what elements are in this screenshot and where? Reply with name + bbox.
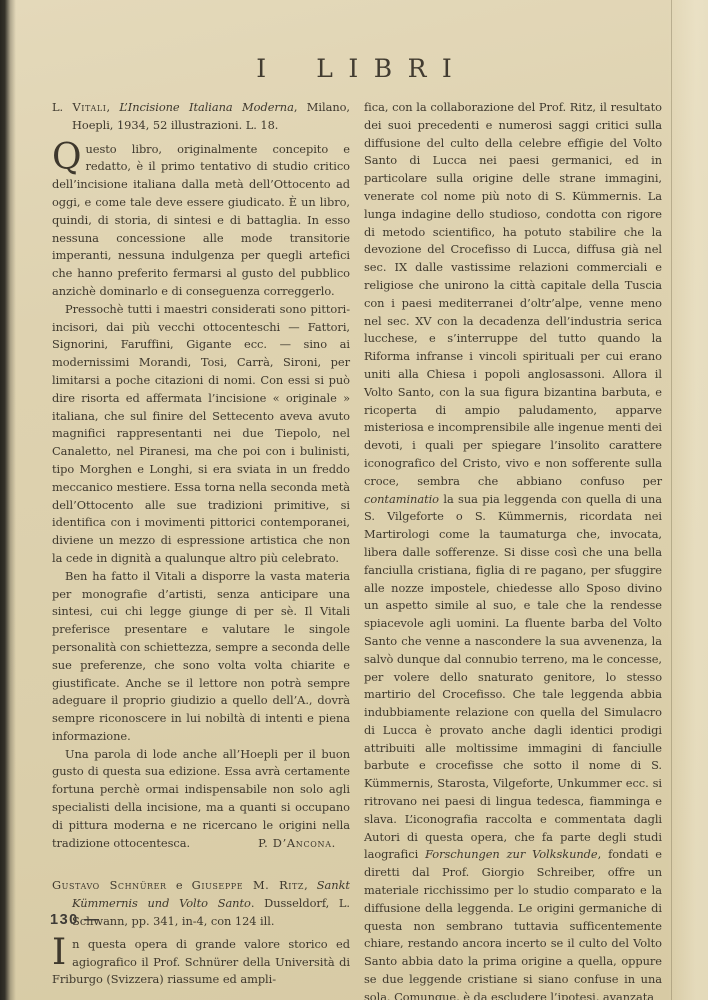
text-segment: e	[167, 878, 192, 892]
reviewer-signature: P. D’Ancona.	[245, 835, 350, 853]
paragraph-text: Ben ha fatto il Vitali a disporre la vas…	[52, 569, 350, 743]
text-segment: L.	[52, 100, 72, 114]
section-title: I LIBRI	[0, 54, 708, 83]
review-paragraph: Pressochè tutti i maestri considerati so…	[52, 301, 350, 568]
paragraph-text: n questa opera di grande valore storico …	[52, 937, 350, 987]
text-segment: Giuseppe M. Ritz	[192, 878, 304, 892]
text-segment: ,	[304, 878, 317, 892]
citation-vitali: L. Vitali, L’Incisione Italiana Moderna,…	[52, 99, 350, 135]
review-paragraph-continuation: fica, con la collaborazione del Prof. Ri…	[364, 99, 662, 1000]
review-paragraph: Ben ha fatto il Vitali a disporre la vas…	[52, 568, 350, 746]
text-segment: Forschungen zur Volkskunde	[425, 847, 598, 861]
text-segment: la sua pia leggenda con quella di una S.…	[364, 492, 662, 862]
dropcap-q: Q	[52, 141, 85, 172]
left-column: L. Vitali, L’Incisione Italiana Moderna,…	[52, 99, 350, 1000]
paragraph-text: Pressochè tutti i maestri considerati so…	[52, 302, 350, 565]
right-column: fica, con la collaborazione del Prof. Ri…	[364, 99, 662, 1000]
page-number: 130 —	[50, 912, 100, 928]
dropcap-i: I	[52, 936, 72, 967]
review-paragraph: Questo libro, originalmente concepito e …	[52, 141, 350, 301]
text-segment: ,	[106, 100, 119, 114]
two-column-text-block: L. Vitali, L’Incisione Italiana Moderna,…	[0, 83, 708, 1000]
text-segment: fica, con la collaborazione del Prof. Ri…	[364, 100, 662, 488]
text-segment: Vitali	[72, 100, 106, 114]
scanned-book-page: I LIBRI L. Vitali, L’Incisione Italiana …	[0, 0, 708, 1000]
text-segment: L’Incisione Italiana Moderna	[119, 100, 293, 114]
review-paragraph: Una parola di lode anche all’Hoepli per …	[52, 746, 350, 853]
paragraph-text: Una parola di lode anche all’Hoepli per …	[52, 747, 350, 850]
text-segment: Gustavo Schnürer	[52, 878, 167, 892]
paragraph-text: uesto libro, originalmente concepito e r…	[52, 142, 350, 298]
text-segment: contaminatio	[364, 492, 439, 506]
text-segment: , fondati e diretti dal Prof. Giorgio Sc…	[364, 847, 662, 1000]
review-paragraph: In questa opera di grande valore storico…	[52, 936, 350, 989]
